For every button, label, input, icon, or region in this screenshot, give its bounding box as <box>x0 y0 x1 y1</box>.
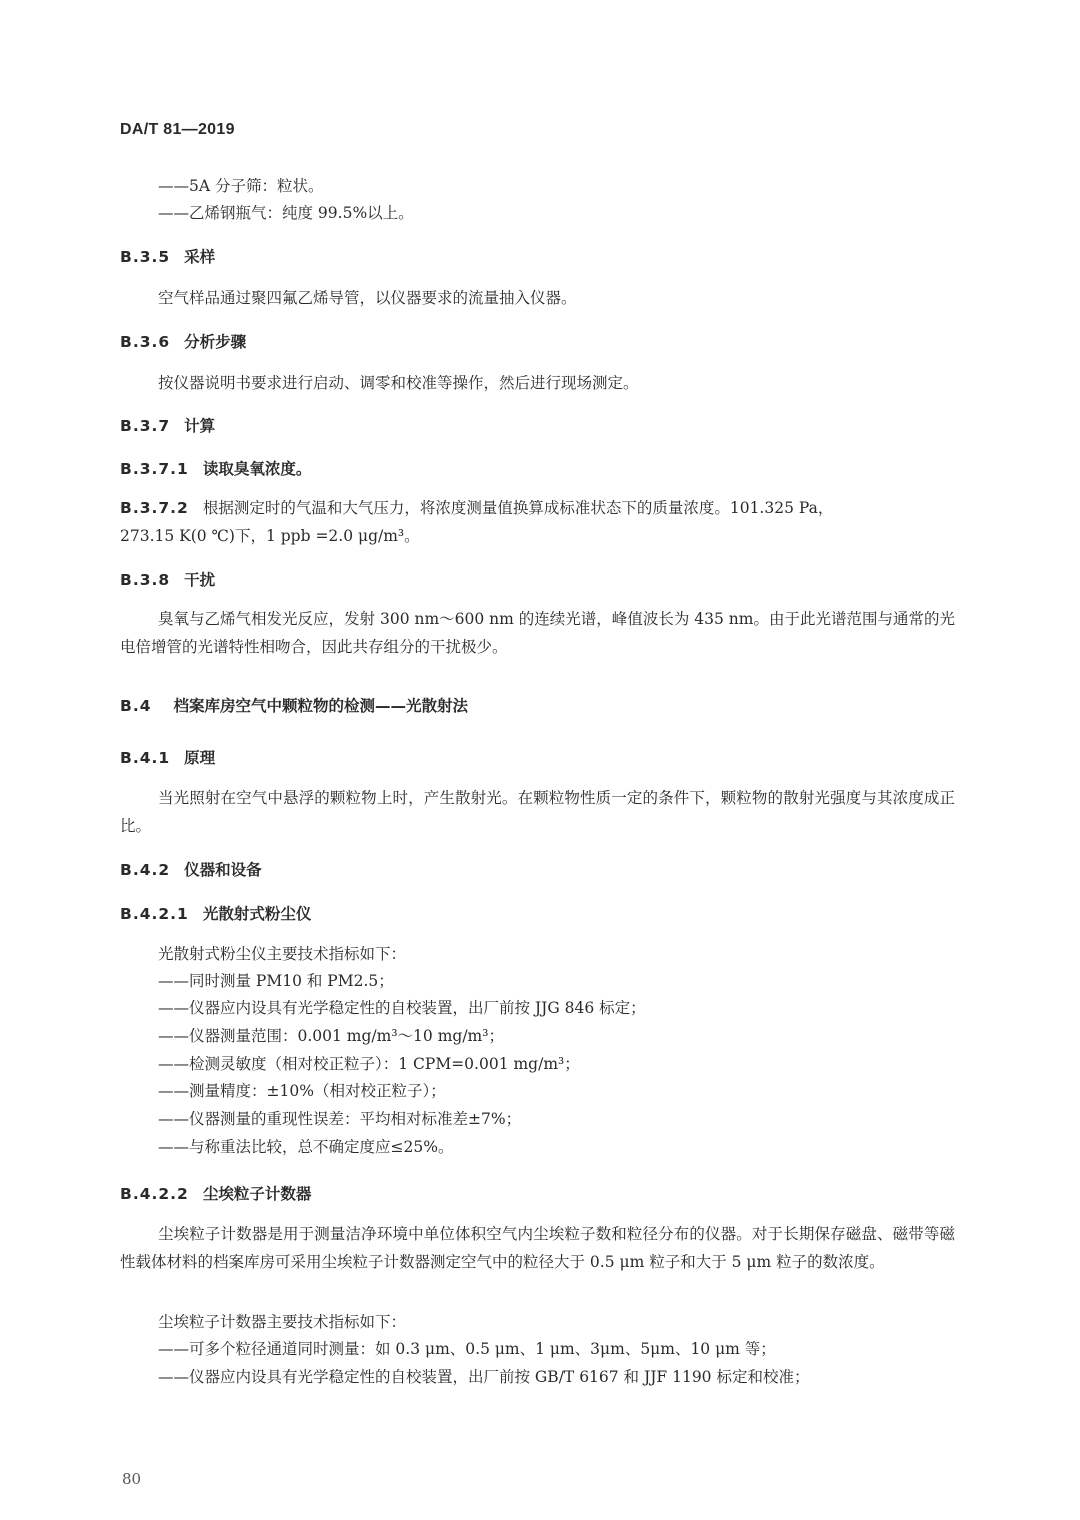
section-title: 档案库房空气中颗粒物的检测——光散射法 <box>174 697 469 715</box>
list-item: ——仪器测量的重现性误差：平均相对标准差±7%； <box>158 1109 521 1129</box>
list-item: ——5A 分子筛：粒状。 <box>158 176 323 196</box>
standard-code: DA/T 81—2019 <box>120 121 235 139</box>
section-number: B.3.7.2 <box>120 499 189 517</box>
section-title: 光散射式粉尘仪 <box>203 905 312 923</box>
paragraph: 尘埃粒子计数器是用于测量洁净环境中单位体积空气内尘埃粒子数和粒径分布的仪器。对于… <box>120 1220 955 1276</box>
section-heading-b421: B.4.2.1光散射式粉尘仪 <box>120 902 311 924</box>
section-title: 采样 <box>184 248 215 266</box>
list-item: ——乙烯钢瓶气：纯度 99.5%以上。 <box>158 203 414 223</box>
section-b372-line1: B.3.7.2根据测定时的气温和大气压力，将浓度测量值换算成标准状态下的质量浓度… <box>120 498 833 518</box>
section-heading-b42: B.4.2仪器和设备 <box>120 858 262 880</box>
section-heading-b371: B.3.7.1读取臭氧浓度。 <box>120 457 311 479</box>
section-heading-b36: B.3.6分析步骤 <box>120 330 246 352</box>
section-heading-b37: B.3.7计算 <box>120 414 215 436</box>
section-title: 干扰 <box>184 571 215 589</box>
section-heading-b4: B.4档案库房空气中颗粒物的检测——光散射法 <box>120 694 468 716</box>
section-heading-b38: B.3.8干扰 <box>120 568 215 590</box>
paragraph: 光散射式粉尘仪主要技术指标如下： <box>158 944 406 964</box>
section-title: 原理 <box>184 749 215 767</box>
section-number: B.3.5 <box>120 248 170 266</box>
list-item: ——仪器测量范围：0.001 mg/m³～10 mg/m³； <box>158 1026 504 1046</box>
document-page: DA/T 81—2019 ——5A 分子筛：粒状。 ——乙烯钢瓶气：纯度 99.… <box>0 0 1080 1520</box>
section-number: B.3.6 <box>120 333 170 351</box>
list-item: ——同时测量 PM10 和 PM2.5； <box>158 971 394 991</box>
section-number: B.4.1 <box>120 749 170 767</box>
paragraph: 臭氧与乙烯气相发光反应，发射 300 nm～600 nm 的连续光谱，峰值波长为… <box>120 605 955 661</box>
list-item: ——与称重法比较，总不确定度应≤25%。 <box>158 1137 453 1157</box>
section-heading-b35: B.3.5采样 <box>120 245 215 267</box>
paragraph: 当光照射在空气中悬浮的颗粒物上时，产生散射光。在颗粒物性质一定的条件下，颗粒物的… <box>120 784 955 840</box>
section-number: B.4.2.1 <box>120 905 189 923</box>
section-title: 计算 <box>184 417 215 435</box>
section-number: B.4 <box>120 697 152 715</box>
list-item: ——可多个粒径通道同时测量：如 0.3 μm、0.5 μm、1 μm、3μm、5… <box>158 1339 776 1359</box>
page-number: 80 <box>122 1470 141 1488</box>
paragraph: 根据测定时的气温和大气压力，将浓度测量值换算成标准状态下的质量浓度。101.32… <box>203 499 834 517</box>
section-heading-b41: B.4.1原理 <box>120 746 215 768</box>
section-number: B.4.2 <box>120 861 170 879</box>
section-b372-line2: 273.15 K(0 ℃)下，1 ppb =2.0 μg/m³。 <box>120 526 420 546</box>
section-number: B.3.7.1 <box>120 460 189 478</box>
section-title: 尘埃粒子计数器 <box>203 1185 312 1203</box>
paragraph: 按仪器说明书要求进行启动、调零和校准等操作，然后进行现场测定。 <box>158 373 639 393</box>
section-number: B.4.2.2 <box>120 1185 189 1203</box>
section-number: B.3.7 <box>120 417 170 435</box>
list-item: ——测量精度：±10%（相对校正粒子）； <box>158 1081 446 1101</box>
section-title: 读取臭氧浓度。 <box>203 460 312 478</box>
list-item: ——仪器应内设具有光学稳定性的自校装置，出厂前按 GB/T 6167 和 JJF… <box>158 1367 809 1387</box>
section-number: B.3.8 <box>120 571 170 589</box>
section-title: 分析步骤 <box>184 333 246 351</box>
paragraph: 空气样品通过聚四氟乙烯导管，以仪器要求的流量抽入仪器。 <box>158 288 577 308</box>
list-item: ——仪器应内设具有光学稳定性的自校装置，出厂前按 JJG 846 标定； <box>158 998 646 1018</box>
section-title: 仪器和设备 <box>184 861 262 879</box>
section-heading-b422: B.4.2.2尘埃粒子计数器 <box>120 1182 311 1204</box>
paragraph: 尘埃粒子计数器主要技术指标如下： <box>158 1312 406 1332</box>
list-item: ——检测灵敏度（相对校正粒子）：1 CPM=0.001 mg/m³； <box>158 1054 580 1074</box>
